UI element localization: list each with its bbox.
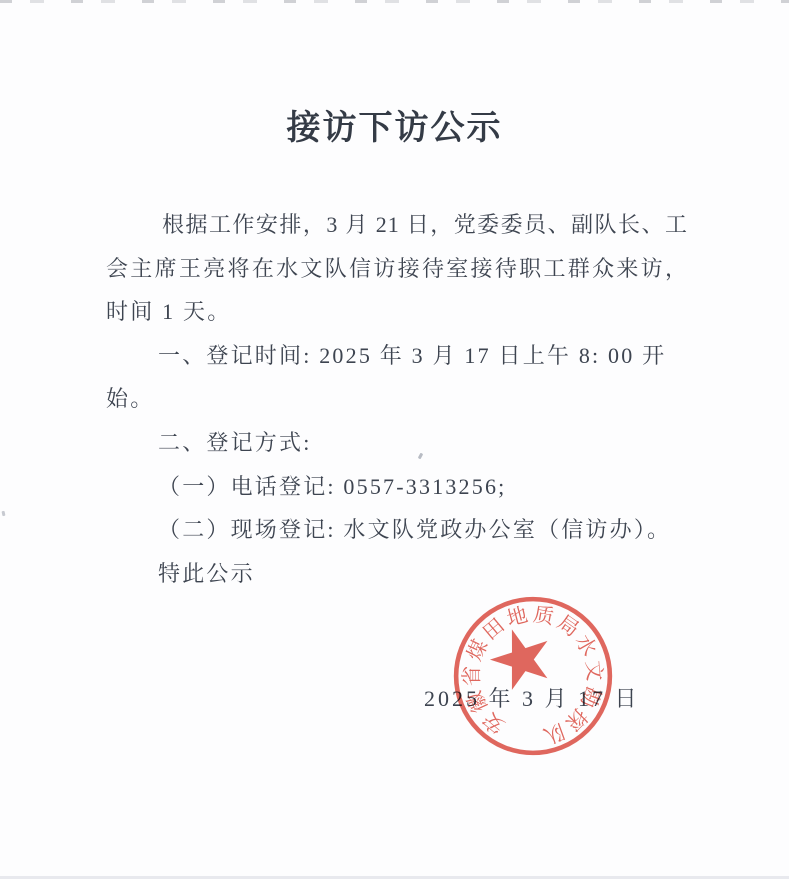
body-line: 根据工作安排，3 月 21 日，党委委员、副队长、工 — [106, 203, 688, 247]
scanned-notice-document: 接访下访公示 根据工作安排，3 月 21 日，党委委员、副队长、工 会主席王亮将… — [0, 0, 789, 879]
body-line: （一）电话登记: 0557-3313256; — [106, 465, 688, 509]
seal-char: 勘 — [576, 683, 605, 710]
body-line: 会主席王亮将在水文队信访接待室接待职工群众来访， — [106, 247, 688, 291]
body-line: 时间 1 天。 — [106, 290, 688, 334]
seal-char: 省 — [461, 665, 484, 686]
body-line: （二）现场登记: 水文队党政办公室（信访办）。 — [106, 508, 688, 552]
seal-char: 队 — [540, 719, 567, 748]
document-body: 根据工作安排，3 月 21 日，党委委员、副队长、工 会主席王亮将在水文队信访接… — [106, 203, 688, 595]
official-red-seal: 安 徽 省 煤 田 地 质 局 水 文 勘 探 队 — [451, 594, 615, 758]
scan-artifact-top-edge — [0, 0, 789, 3]
scan-speck — [2, 511, 6, 517]
body-line: 二、登记方式: — [106, 421, 688, 465]
seal-char: 质 — [531, 603, 555, 629]
seal-ring-text: 安 徽 省 煤 田 地 质 局 水 文 勘 探 队 — [461, 603, 607, 748]
seal-char: 文 — [581, 660, 606, 682]
body-line: 特此公示 — [106, 552, 688, 596]
body-line: 一、登记时间: 2025 年 3 月 17 日上午 8: 00 开始。 — [106, 334, 688, 421]
document-title: 接访下访公示 — [0, 100, 789, 149]
seal-char: 地 — [504, 603, 530, 631]
